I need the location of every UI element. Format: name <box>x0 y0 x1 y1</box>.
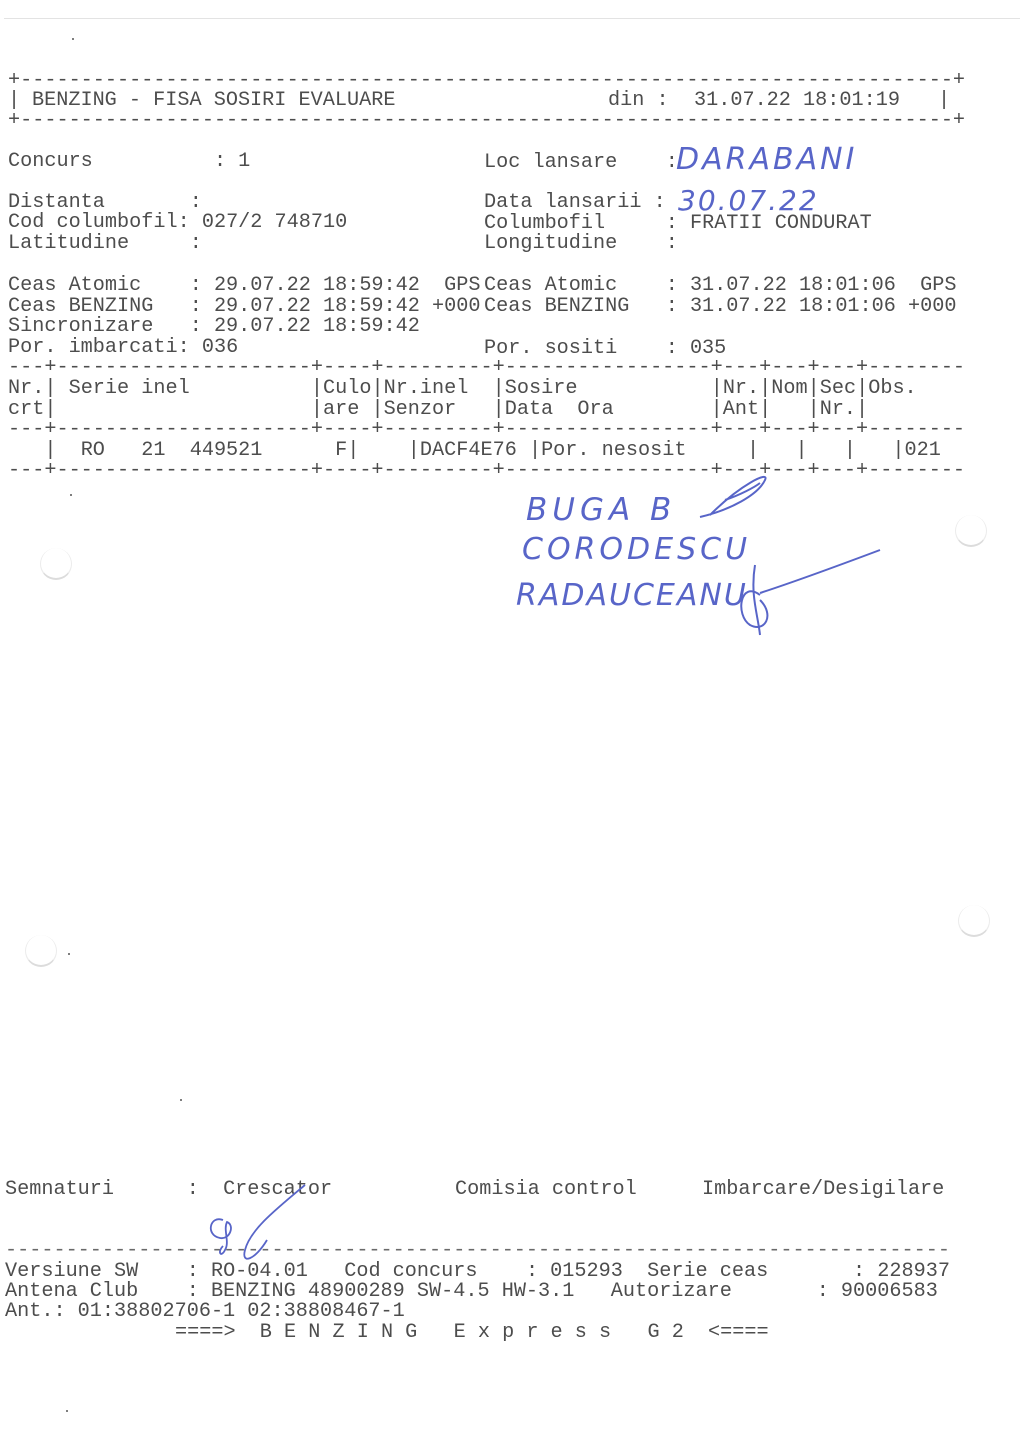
comisia-control-label: Comisia control <box>455 1180 637 1201</box>
punch-hole-mark <box>40 548 72 580</box>
loc-lansare-handwritten: DARABANI <box>676 142 857 177</box>
scan-speck <box>66 1410 68 1412</box>
commission-signature <box>640 465 900 645</box>
scan-speck <box>68 953 70 955</box>
table-header-divider: ---+---------------------+----+---------… <box>8 420 965 441</box>
ceas-atomic-end: Ceas Atomic : 31.07.22 18:01:06 GPS <box>484 276 956 297</box>
field-latitudine: Latitudine : <box>8 234 202 255</box>
footer-ant-line: Ant.: 01:38802706-1 02:38808467-1 <box>5 1302 405 1323</box>
table-header-row-1: Nr.| Serie inel |Culo|Nr.inel |Sosire |N… <box>8 379 917 400</box>
table-border-top: ---+---------------------+----+---------… <box>8 358 965 379</box>
field-longitudine: Longitudine : <box>484 234 678 255</box>
scan-speck <box>72 38 74 40</box>
ceas-atomic-start: Ceas Atomic : 29.07.22 18:59:42 GPS <box>8 276 480 297</box>
scan-top-edge <box>4 18 1020 19</box>
footer-divider: ----------------------------------------… <box>5 1241 950 1262</box>
header-border-bottom: +---------------------------------------… <box>8 111 965 132</box>
footer-brand-line: ====> B E N Z I N G E x p r e s s G 2 <=… <box>175 1323 769 1344</box>
field-concurs: Concurs : 1 <box>8 152 250 173</box>
data-lansarii-label: Data lansarii : <box>484 193 666 214</box>
punch-hole-mark <box>955 515 987 547</box>
punch-hole-mark <box>25 935 57 967</box>
imbarcare-desigilare-label: Imbarcare/Desigilare <box>702 1180 944 1201</box>
punch-hole-mark <box>958 905 990 937</box>
ceas-benzing-end: Ceas BENZING : 31.07.22 18:01:06 +000 <box>484 297 956 318</box>
sincronizare: Sincronizare : 29.07.22 18:59:42 <box>8 317 420 338</box>
loc-lansare-label: Loc lansare : <box>484 153 678 174</box>
scan-speck <box>70 494 72 496</box>
field-cod-columbofil: Cod columbofil: 027/2 748710 <box>8 213 347 234</box>
scan-speck <box>180 1099 182 1101</box>
